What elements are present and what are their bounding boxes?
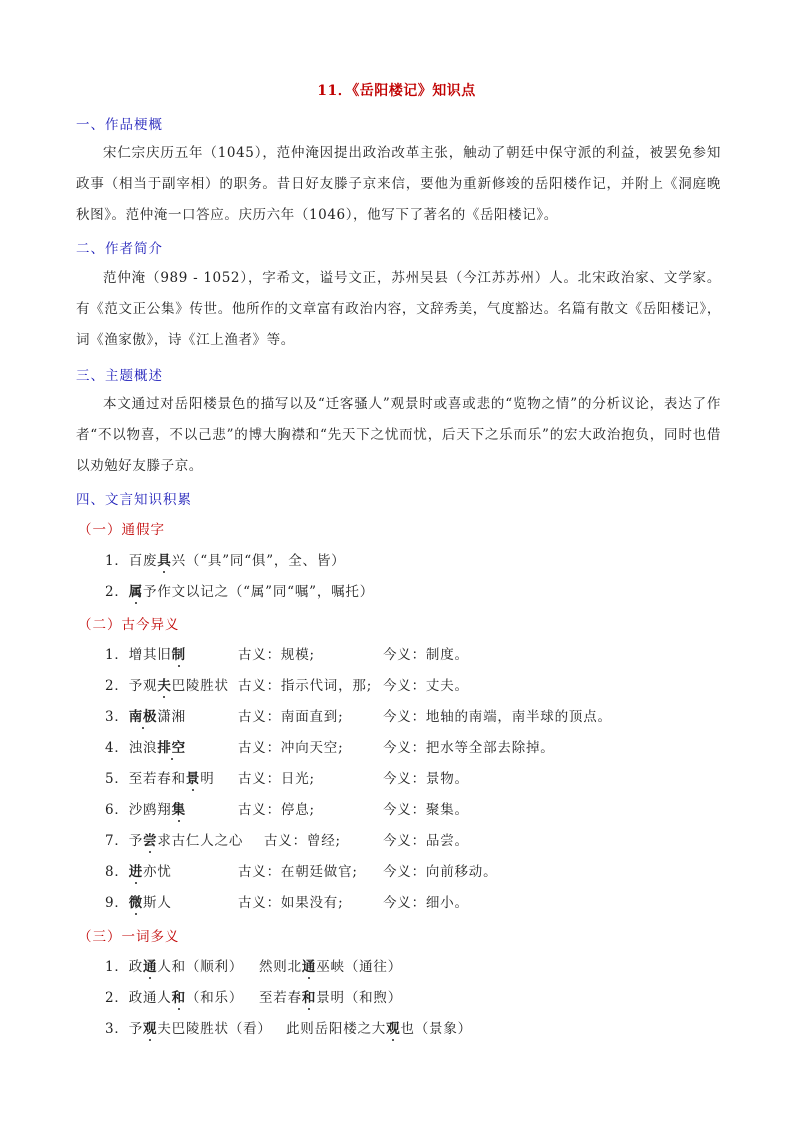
item-number: 9． xyxy=(105,895,129,911)
text: 百废 xyxy=(129,553,158,569)
item-number: 8． xyxy=(105,864,129,880)
emphasized-char: 景 xyxy=(186,767,200,787)
table-row: 8．进亦忧 xyxy=(105,860,172,880)
modern-meaning: 今义：景物。 xyxy=(383,767,469,787)
text: 兴（“具”同“俱”，全、皆） xyxy=(172,553,346,569)
text: 斯人 xyxy=(143,895,172,911)
ancient-meaning: 古义：南面直到; xyxy=(238,705,343,725)
text: 明 xyxy=(200,771,214,787)
table-row: 1．增其旧制 xyxy=(105,643,186,663)
list-item: 2．属予作文以记之（“属”同“嘱”，嘱托） xyxy=(105,580,374,600)
text: 巴陵胜状 xyxy=(172,678,229,694)
emphasized-char: 集 xyxy=(172,798,186,818)
text: 予 xyxy=(129,833,143,849)
emphasized-char: 微 xyxy=(129,891,143,911)
emphasized-char: 南极 xyxy=(129,705,158,725)
item-number: 3． xyxy=(105,709,129,725)
ancient-meaning: 古义：日光; xyxy=(238,767,315,787)
section-heading-synopsis: 一、作品梗概 xyxy=(76,113,163,133)
second-usage: 至若春和景明（和煦） xyxy=(259,986,402,1006)
item-number: 2． xyxy=(105,990,129,1006)
text: 予作文以记之（“属”同“嘱”，嘱托） xyxy=(143,584,374,600)
text: 景明（和煦） xyxy=(316,990,402,1006)
table-row: 5．至若春和景明 xyxy=(105,767,215,787)
modern-meaning: 今义：品尝。 xyxy=(383,829,469,849)
list-item: 3．予观夫巴陵胜状（看） xyxy=(105,1017,272,1037)
subheading-yici-duoyi: （三）一词多义 xyxy=(78,925,180,945)
item-number: 1． xyxy=(105,959,129,975)
emphasized-char: 排空 xyxy=(157,736,186,756)
section-heading-author: 二、作者简介 xyxy=(76,237,163,257)
section-heading-theme: 三、主题概述 xyxy=(76,364,163,384)
text: （和乐） xyxy=(186,990,243,1006)
text: 然则北 xyxy=(259,959,302,975)
emphasized-char: 观 xyxy=(386,1017,400,1037)
section-heading-classical-knowledge: 四、文言知识积累 xyxy=(76,488,192,508)
ancient-meaning: 古义：在朝廷做官; xyxy=(238,860,358,880)
text: 至若春和 xyxy=(129,771,186,787)
item-number: 5． xyxy=(105,771,129,787)
emphasized-char: 和 xyxy=(172,986,186,1006)
ancient-meaning: 古义：冲向天空; xyxy=(238,736,343,756)
second-usage: 此则岳阳楼之大观也（景象） xyxy=(286,1017,472,1037)
list-item: 1．政通人和（顺利） xyxy=(105,955,243,975)
ancient-meaning: 古义：曾经; xyxy=(264,829,341,849)
table-row: 6．沙鸥翔集 xyxy=(105,798,186,818)
ancient-meaning: 古义：停息; xyxy=(238,798,315,818)
emphasized-char: 和 xyxy=(302,986,316,1006)
item-number: 7． xyxy=(105,833,129,849)
text: 至若春 xyxy=(259,990,302,1006)
second-usage: 然则北通巫峡（通往） xyxy=(259,955,402,975)
page-title: 11．《岳阳楼记》知识点 xyxy=(0,80,793,100)
ancient-meaning: 古义：规模; xyxy=(238,643,315,663)
item-number: 3． xyxy=(105,1021,129,1037)
item-number: 1． xyxy=(105,647,129,663)
text: 人和（顺利） xyxy=(157,959,243,975)
emphasized-char: 进 xyxy=(129,860,143,880)
emphasized-char: 观 xyxy=(143,1017,157,1037)
text: 潇湘 xyxy=(157,709,186,725)
text: 也（景象） xyxy=(400,1021,472,1037)
subheading-tongjiazi: （一）通假字 xyxy=(78,518,165,538)
modern-meaning: 今义：制度。 xyxy=(383,643,469,663)
item-number: 2． xyxy=(105,678,129,694)
list-item: 1．百废具兴（“具”同“俱”，全、皆） xyxy=(105,549,345,569)
section-body-author: 范仲淹（989 - 1052），字希文，谥号文正，苏州吴县（今江苏苏州）人。北宋… xyxy=(76,263,721,356)
item-number: 2． xyxy=(105,584,129,600)
text: 夫巴陵胜状（看） xyxy=(157,1021,271,1037)
item-number: 6． xyxy=(105,802,129,818)
emphasized-char: 制 xyxy=(172,643,186,663)
table-row: 7．予尝求古仁人之心 xyxy=(105,829,243,849)
text: 增其旧 xyxy=(129,647,172,663)
text: 巫峡（通往） xyxy=(316,959,402,975)
emphasized-char: 属 xyxy=(129,580,143,600)
emphasized-char: 具 xyxy=(157,549,171,569)
text: 予 xyxy=(129,1021,143,1037)
item-number: 1． xyxy=(105,553,129,569)
emphasized-char: 夫 xyxy=(157,674,171,694)
ancient-meaning: 古义：指示代词，那; xyxy=(238,674,372,694)
table-row: 9．微斯人 xyxy=(105,891,172,911)
modern-meaning: 今义：地轴的南端，南半球的顶点。 xyxy=(383,705,612,725)
text: 亦忧 xyxy=(143,864,172,880)
emphasized-char: 通 xyxy=(143,955,157,975)
modern-meaning: 今义：把水等全部去除掉。 xyxy=(383,736,555,756)
item-number: 4． xyxy=(105,740,129,756)
text: 政 xyxy=(129,959,143,975)
text: 沙鸥翔 xyxy=(129,802,172,818)
ancient-meaning: 古义：如果没有; xyxy=(238,891,343,911)
text: 政通人 xyxy=(129,990,172,1006)
subheading-gujin-yiyi: （二）古今异义 xyxy=(78,613,180,633)
list-item: 2．政通人和（和乐） xyxy=(105,986,243,1006)
section-body-theme: 本文通过对岳阳楼景色的描写以及“迁客骚人”观景时或喜或悲的“览物之情”的分析议论… xyxy=(76,389,721,482)
text: 此则岳阳楼之大 xyxy=(286,1021,386,1037)
modern-meaning: 今义：细小。 xyxy=(383,891,469,911)
modern-meaning: 今义：丈夫。 xyxy=(383,674,469,694)
section-body-synopsis: 宋仁宗庆历五年（1045），范仲淹因提出政治改革主张，触动了朝廷中保守派的利益，… xyxy=(76,138,721,231)
modern-meaning: 今义：聚集。 xyxy=(383,798,469,818)
document-page: 11．《岳阳楼记》知识点 一、作品梗概 宋仁宗庆历五年（1045），范仲淹因提出… xyxy=(0,0,793,1122)
emphasized-char: 通 xyxy=(302,955,316,975)
text: 浊浪 xyxy=(129,740,158,756)
emphasized-char: 尝 xyxy=(143,829,157,849)
table-row: 2．予观夫巴陵胜状 xyxy=(105,674,229,694)
modern-meaning: 今义：向前移动。 xyxy=(383,860,497,880)
table-row: 4．浊浪排空 xyxy=(105,736,186,756)
table-row: 3．南极潇湘 xyxy=(105,705,186,725)
text: 求古仁人之心 xyxy=(157,833,243,849)
text: 予观 xyxy=(129,678,158,694)
